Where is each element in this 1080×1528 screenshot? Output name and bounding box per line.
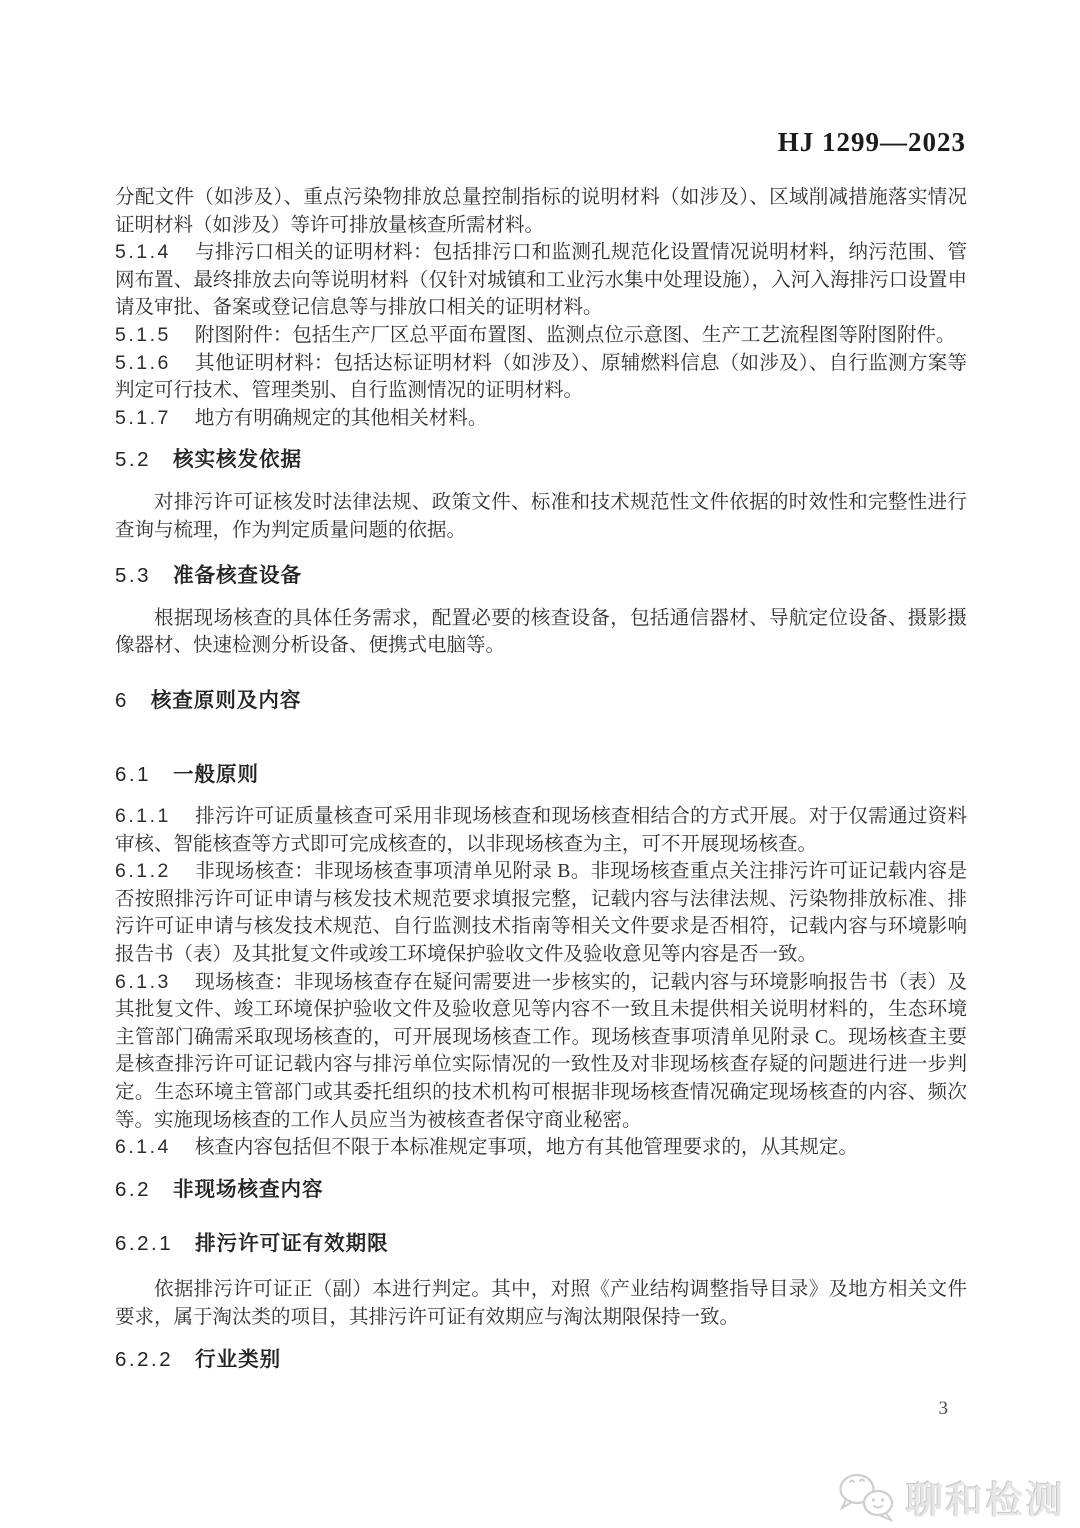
heading-text: 非现场核查内容 — [173, 1178, 324, 1201]
clause-text: 与排污口相关的证明材料：包括排污口和监测孔规范化设置情况说明材料，纳污范围、管网… — [115, 242, 967, 318]
heading-number: 6.2 — [115, 1178, 151, 1201]
heading-6-2: 6.2非现场核查内容 — [115, 1176, 967, 1204]
paragraph-5-3: 根据现场核查的具体任务需求，配置必要的核查设备，包括通信器材、导航定位设备、摄影… — [115, 605, 967, 660]
heading-text: 核查原则及内容 — [151, 689, 302, 712]
clause-text: 其他证明材料：包括达标证明材料（如涉及）、原辅燃料信息（如涉及）、自行监测方案等… — [115, 353, 967, 402]
clause-text: 核查内容包括但不限于本标准规定事项，地方有其他管理要求的，从其规定。 — [195, 1137, 858, 1158]
clause-number: 5.1.5 — [115, 324, 171, 346]
heading-6-2-1: 6.2.1排污许可证有效期限 — [115, 1230, 967, 1258]
clause-text: 附图附件：包括生产厂区总平面布置图、监测点位示意图、生产工艺流程图等附图附件。 — [195, 325, 956, 346]
heading-5-3: 5.3准备核查设备 — [115, 562, 967, 590]
clause-text: 非现场核查：非现场核查事项清单见附录 B。非现场核查重点关注排污许可证记载内容是… — [115, 861, 967, 965]
clause-number: 6.1.4 — [115, 1136, 171, 1158]
heading-text: 行业类别 — [195, 1348, 281, 1371]
clause-5-1-4: 5.1.4与排污口相关的证明材料：包括排污口和监测孔规范化设置情况说明材料，纳污… — [115, 239, 967, 322]
doc-code-header: HJ 1299—2023 — [0, 0, 1080, 156]
watermark-text: 聊和检测 — [906, 1470, 1066, 1524]
clause-number: 6.1.2 — [115, 860, 171, 882]
document-page: HJ 1299—2023 分配文件（如涉及）、重点污染物排放总量控制指标的说明材… — [0, 0, 1080, 1528]
heading-number: 5.2 — [115, 448, 151, 471]
clause-number: 6.1.3 — [115, 971, 171, 993]
clause-number: 5.1.7 — [115, 407, 171, 429]
heading-number: 6.2.1 — [115, 1232, 173, 1255]
clause-6-1-2: 6.1.2非现场核查：非现场核查事项清单见附录 B。非现场核查重点关注排污许可证… — [115, 858, 967, 968]
chat-bubbles-icon — [836, 1470, 898, 1524]
heading-number: 6.1 — [115, 763, 151, 786]
heading-text: 排污许可证有效期限 — [195, 1232, 389, 1255]
heading-number: 5.3 — [115, 564, 151, 587]
clause-5-1-5: 5.1.5附图附件：包括生产厂区总平面布置图、监测点位示意图、生产工艺流程图等附… — [115, 322, 967, 350]
heading-text: 一般原则 — [173, 763, 259, 786]
watermark-logo: 聊和检测 — [836, 1470, 1066, 1524]
clause-6-1-3: 6.1.3现场核查：非现场核查存在疑问需要进一步核实的，记载内容与环境影响报告书… — [115, 969, 967, 1135]
heading-6: 6核查原则及内容 — [115, 687, 967, 715]
heading-text: 准备核查设备 — [173, 564, 302, 587]
clause-number: 5.1.4 — [115, 241, 171, 263]
clause-6-1-4: 6.1.4核查内容包括但不限于本标准规定事项，地方有其他管理要求的，从其规定。 — [115, 1134, 967, 1162]
paragraph-6-2-1: 依据排污许可证正（副）本进行判定。其中，对照《产业结构调整指导目录》及地方相关文… — [115, 1276, 967, 1331]
clause-5-1-7: 5.1.7地方有明确规定的其他相关材料。 — [115, 405, 967, 433]
heading-5-2: 5.2核实核发依据 — [115, 446, 967, 474]
heading-text: 核实核发依据 — [173, 448, 302, 471]
clause-5-1-6: 5.1.6其他证明材料：包括达标证明材料（如涉及）、原辅燃料信息（如涉及）、自行… — [115, 350, 967, 405]
clause-text: 排污许可证质量核查可采用非现场核查和现场核查相结合的方式开展。对于仅需通过资料审… — [115, 806, 967, 855]
heading-6-1: 6.1一般原则 — [115, 761, 967, 789]
heading-number: 6.2.2 — [115, 1348, 173, 1371]
paragraph-continuation: 分配文件（如涉及）、重点污染物排放总量控制指标的说明材料（如涉及）、区域削减措施… — [115, 184, 967, 239]
paragraph-5-2: 对排污许可证核发时法律法规、政策文件、标准和技术规范性文件依据的时效性和完整性进… — [115, 489, 967, 544]
document-body: 分配文件（如涉及）、重点污染物排放总量控制指标的说明材料（如涉及）、区域削减措施… — [115, 184, 967, 1374]
clause-text: 现场核查：非现场核查存在疑问需要进一步核实的，记载内容与环境影响报告书（表）及其… — [115, 972, 967, 1131]
clause-6-1-1: 6.1.1排污许可证质量核查可采用非现场核查和现场核查相结合的方式开展。对于仅需… — [115, 803, 967, 858]
heading-number: 6 — [115, 689, 129, 712]
clause-number: 5.1.6 — [115, 352, 171, 374]
clause-number: 6.1.1 — [115, 805, 171, 827]
page-number: 3 — [939, 1398, 949, 1420]
heading-6-2-2: 6.2.2行业类别 — [115, 1346, 967, 1374]
clause-text: 地方有明确规定的其他相关材料。 — [195, 408, 488, 429]
